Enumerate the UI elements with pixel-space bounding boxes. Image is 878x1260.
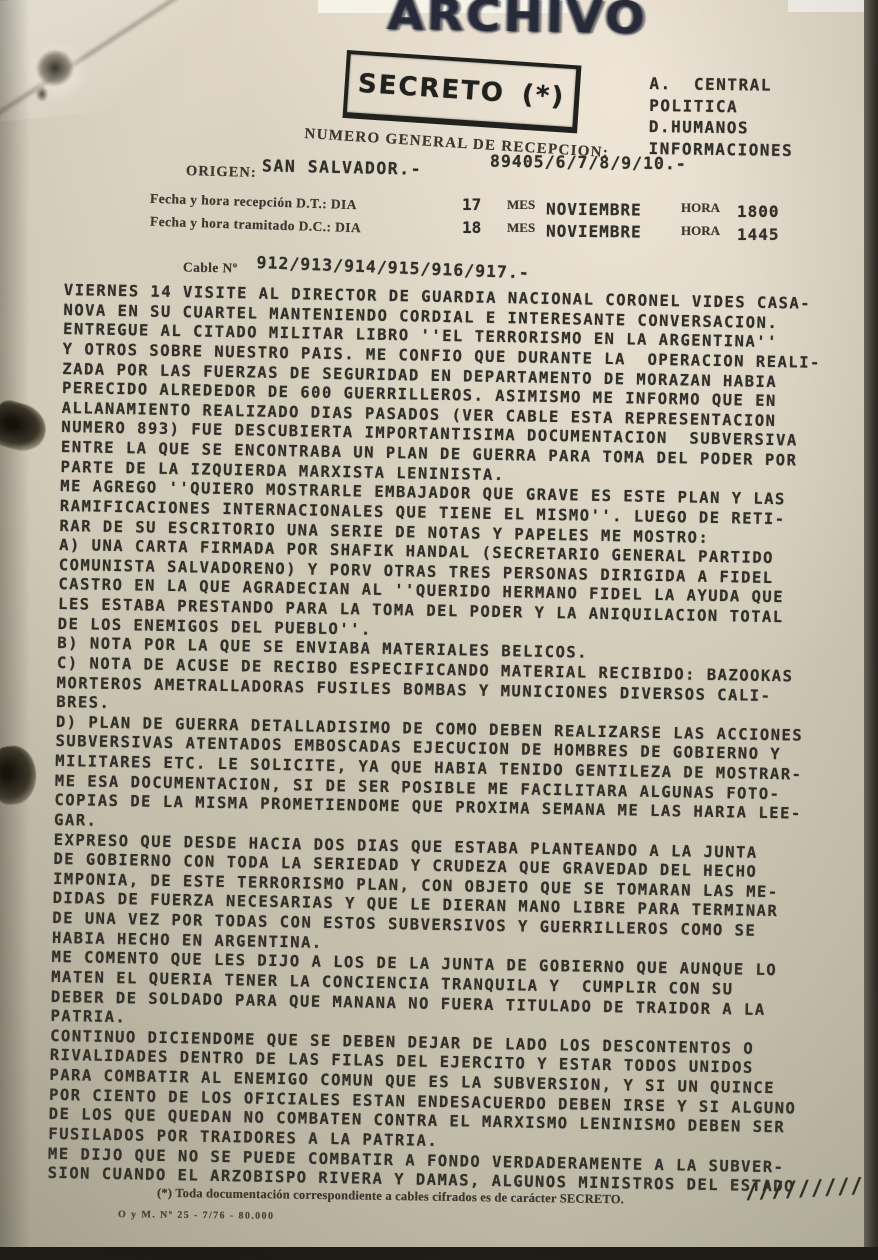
binder-fastener-top <box>0 398 51 457</box>
document-page: ARCHIVO SECRETO (*) A. CENTRALPOLITICAD.… <box>0 0 878 1260</box>
left-edge-shadow <box>0 0 30 1260</box>
mes-tramitado-value: NOVIEMBRE <box>546 221 642 241</box>
cable-number-label: Cable Nº <box>183 260 238 277</box>
distribution-list: A. CENTRALPOLITICAD.HUMANOSINFORMACIONES <box>648 73 794 161</box>
cable-number-value: 912/913/914/915/916/917.- <box>256 253 530 282</box>
hora-label-recepcion: HORA <box>681 200 720 216</box>
right-scan-edge-dark <box>864 0 878 1260</box>
binder-fastener-bottom <box>0 744 39 806</box>
hora-recepcion-value: 1800 <box>737 202 780 221</box>
fecha-recepcion-label: Fecha y hora recepción D.T.: DIA <box>150 191 357 213</box>
origen-label: ORIGEN: <box>186 163 257 182</box>
distribution-item: POLITICA <box>649 94 794 118</box>
mes-recepcion-value: NOVIEMBRE <box>546 199 642 219</box>
origen-value: SAN SALVADOR.- <box>262 156 422 178</box>
archivo-stamp: ARCHIVO <box>387 0 648 45</box>
distribution-item: D.HUMANOS <box>649 116 794 140</box>
secreto-stamp-text: SECRETO (*) <box>357 69 566 113</box>
reception-number-value: 89405/6/7/8/9/10.- <box>490 152 687 174</box>
distribution-item: A. CENTRAL <box>649 73 794 97</box>
hora-tramitado-value: 1445 <box>737 225 780 244</box>
secreto-stamp-box: SECRETO (*) <box>342 50 581 133</box>
hora-label-tramitado: HORA <box>681 223 720 239</box>
mes-label-tramitado: MES <box>507 220 535 236</box>
paper-tear-dot <box>34 84 50 104</box>
mes-label-recepcion: MES <box>507 197 535 213</box>
bottom-scan-edge <box>0 1247 878 1260</box>
dia-recepcion-value: 17 <box>462 195 481 214</box>
dia-tramitado-value: 18 <box>462 218 481 237</box>
form-print-code: O y M. Nº 25 - 7/76 - 80.000 <box>118 1209 274 1222</box>
cable-body-text: VIERNES 14 VISITE AL DIRECTOR DE GUARDIA… <box>47 281 822 1197</box>
right-page-edge-light <box>851 0 864 1260</box>
fecha-tramitado-label: Fecha y hora tramitado D.C.: DIA <box>150 214 362 237</box>
